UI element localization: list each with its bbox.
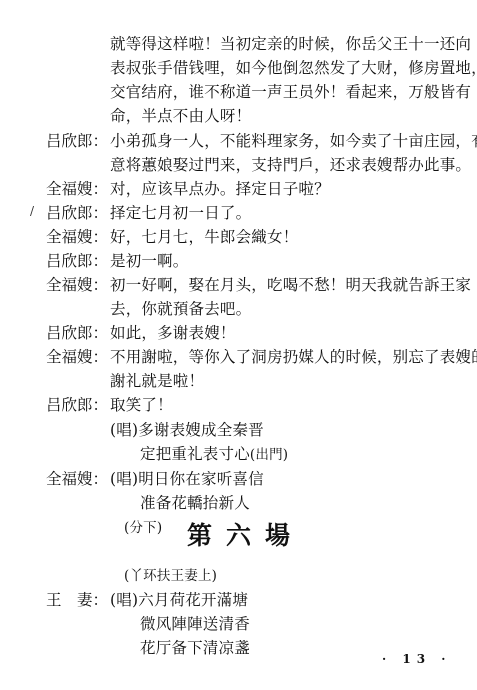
song-line: (唱)明日你在家听喜信: [110, 469, 264, 489]
page-number: · 13 ·: [382, 652, 451, 666]
continuation-line: 表叔张手借钱哩，如今他倒忽然发了大财，修房置地，: [110, 58, 477, 78]
song-line: 花厅备下清凉盞: [140, 638, 250, 658]
speaker-label: 吕欣郎：: [28, 203, 108, 223]
speaker-label: 吕欣郎：: [28, 323, 108, 343]
speaker-label: 全福嫂：: [28, 347, 108, 367]
dialogue-line: 不用謝啦，等你入了洞房扔媒人的时候，别忘了表嫂的: [110, 347, 477, 367]
speaker-label: 全福嫂：: [28, 227, 108, 247]
song-text: 定把重礼表寸心: [140, 445, 250, 463]
song-line: 准备花轎抬新人: [140, 493, 250, 513]
song-line: (唱)多谢表嫂成全秦晋: [110, 420, 264, 440]
dialogue-line: 对，应该早点办。择定日子啦？: [110, 179, 330, 199]
continuation-line: 就等得这样啦！当初定亲的时候，你岳父王十一还向: [110, 34, 471, 54]
song-line: 微风陣陣送清香: [140, 614, 250, 634]
dialogue-line: 意将蕙娘娶过門来，支持門戶，还求表嫂帮办此事。: [110, 155, 471, 175]
speaker-label: 全福嫂：: [28, 275, 108, 295]
speaker-label: 王 妻：: [28, 590, 108, 610]
song-line: (唱)六月荷花开滿塘: [110, 590, 248, 610]
book-page: 就等得这样啦！当初定亲的时候，你岳父王十一还向 表叔张手借钱哩，如今他倒忽然发了…: [0, 0, 477, 690]
speaker-label: 全福嫂：: [28, 179, 108, 199]
speaker-label: 吕欣郎：: [28, 395, 108, 415]
song-line: 定把重礼表寸心(出門): [140, 444, 288, 465]
song-text: 多谢表嫂成全秦晋: [138, 421, 264, 439]
dialogue-line: 是初一啊。: [110, 251, 189, 271]
dialogue-line: 择定七月初一日了。: [110, 203, 251, 223]
dialogue-line: 好，七月七，牛郎会織女！: [110, 227, 298, 247]
speaker-label: 吕欣郎：: [28, 251, 108, 271]
dialogue-line: 去，你就預备去吧。: [110, 299, 251, 319]
song-text: 六月荷花开滿塘: [138, 591, 248, 609]
dialogue-line: 取笑了！: [110, 395, 173, 415]
sing-prefix: (唱): [110, 470, 138, 488]
continuation-line: 命，半点不由人呀！: [110, 106, 251, 126]
song-text: 明日你在家听喜信: [138, 470, 264, 488]
sing-prefix: (唱): [110, 591, 138, 609]
sing-prefix: (唱): [110, 421, 138, 439]
stage-direction: (出門): [250, 447, 288, 463]
continuation-line: 交官结府，谁不称道一声王员外！看起来，万般皆有: [110, 82, 471, 102]
dialogue-line: 小弟孤身一人，不能料理家务，如今卖了十亩庄园，有: [110, 131, 477, 151]
dialogue-line: 初一好啊，娶在月头，吃喝不愁！明天我就告訴王家: [110, 275, 471, 295]
speaker-label: 吕欣郎：: [28, 131, 108, 151]
dialogue-line: 如此，多谢表嫂！: [110, 323, 236, 343]
scene-title: 第六場: [0, 521, 477, 551]
dialogue-line: 謝礼就是啦！: [110, 371, 204, 391]
stage-direction: (丫环扶王妻上): [124, 566, 217, 586]
speaker-label: 全福嫂：: [28, 469, 108, 489]
